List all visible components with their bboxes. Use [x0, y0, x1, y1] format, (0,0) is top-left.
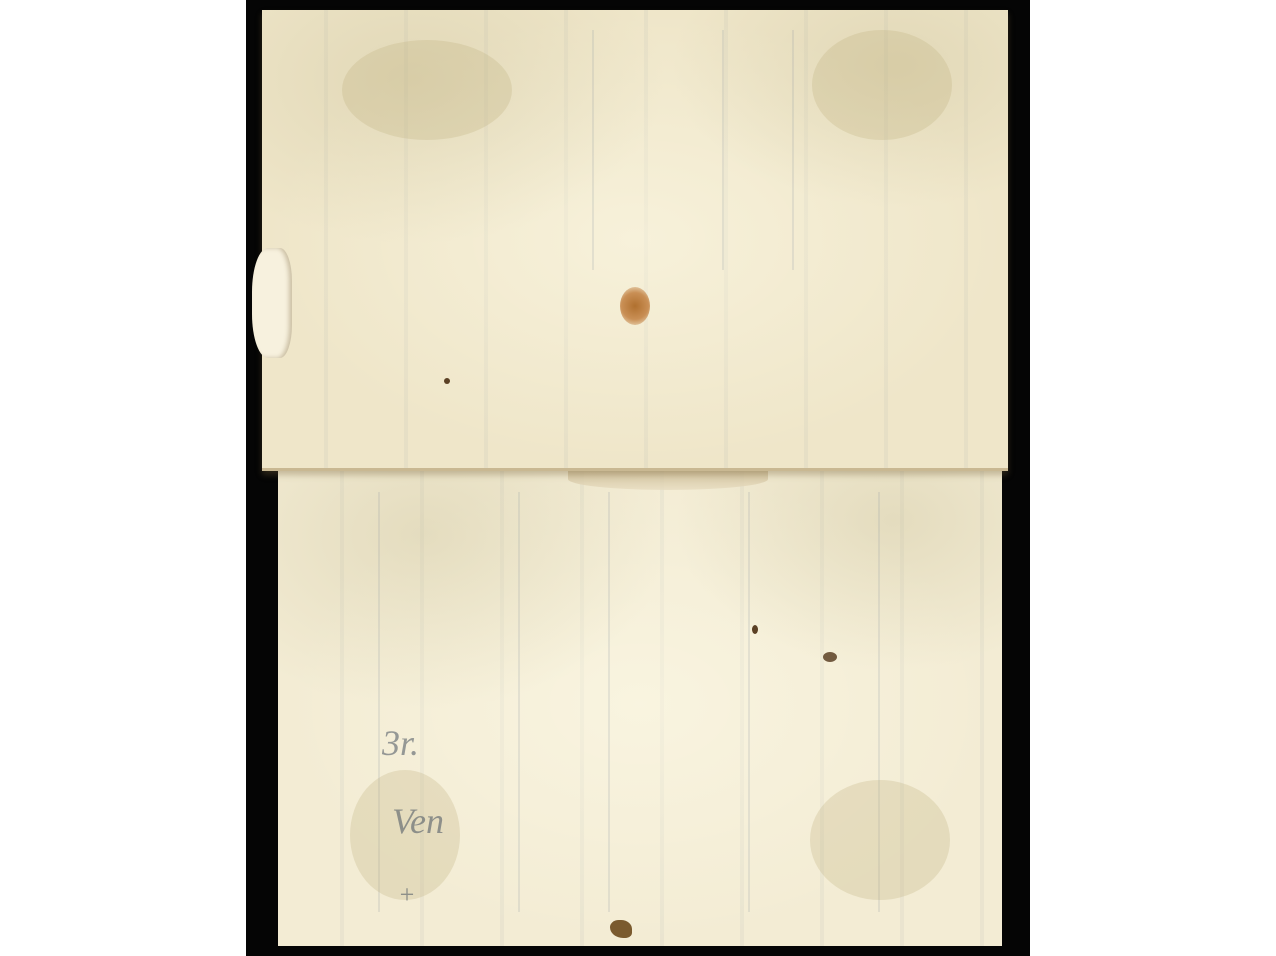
seal-tear-tab: [252, 248, 292, 358]
foxing-stain: [810, 780, 950, 900]
ink-speck: [752, 625, 758, 634]
ink-speck: [444, 378, 450, 384]
wax-seal-stain: [620, 287, 650, 325]
handwritten-note: 3r.: [382, 722, 419, 764]
handwritten-note: Ven: [392, 800, 444, 842]
letter-upper-flap: [262, 10, 1008, 471]
handwritten-note: +: [398, 880, 416, 910]
ink-speck: [823, 652, 837, 662]
torn-flap-edge: [568, 468, 768, 490]
